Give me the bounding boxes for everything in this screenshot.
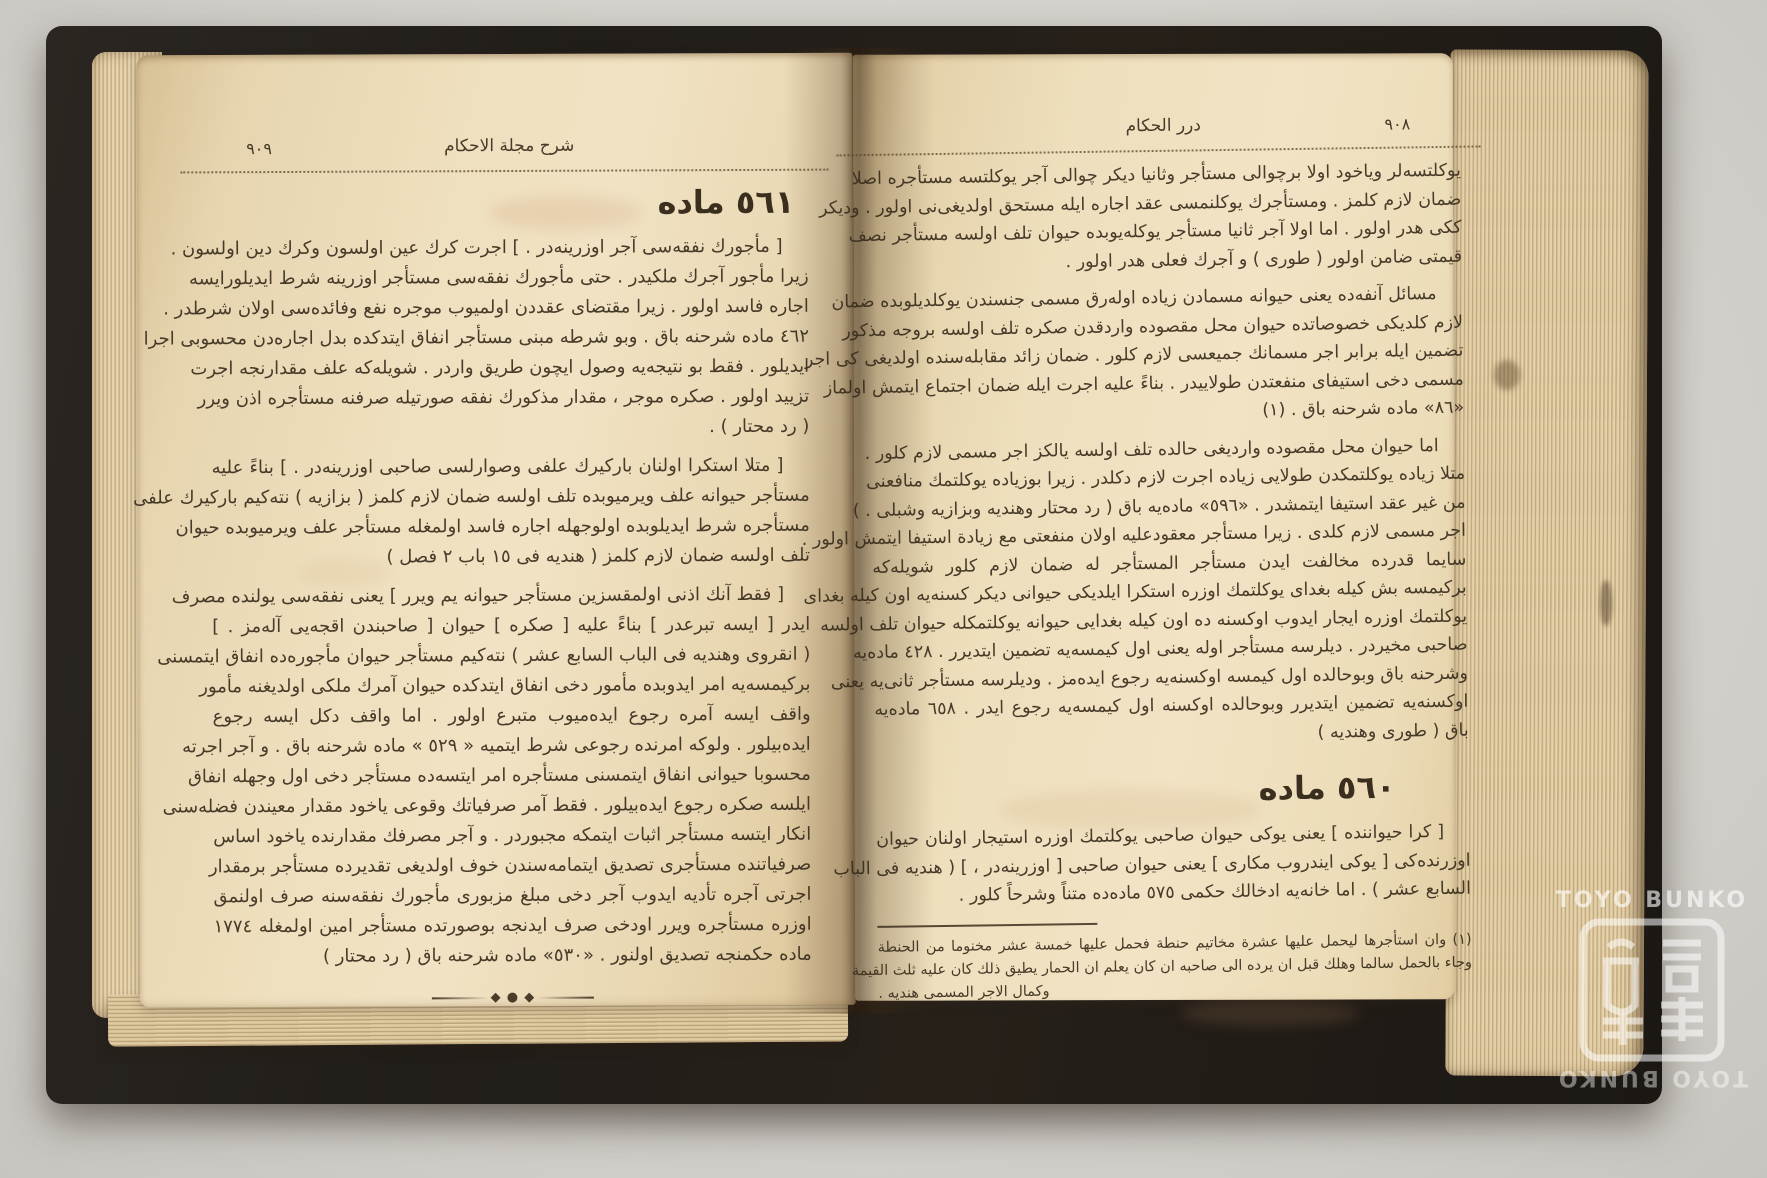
body-paragraph: مسائل آنفه‌ده يعنى حيوانه مسمادن زياده ا…: [868, 280, 1464, 431]
text-line: [ مأجورك نفقه‌سى آجر اوزرينه‌در . ] اجرت…: [211, 232, 809, 265]
text-line: ايده‌بيلور . ولوكه امرنده رجوعى شرط ايتم…: [213, 730, 811, 763]
left-header-title: شرح مجلة الاحكام: [210, 135, 808, 158]
text-line: واقف ايسه آمره رجوع ايده‌ميوب متبرع اولو…: [213, 700, 811, 733]
text-line: [ فقط آنك اذنى اولمقسزين مستأجر حيوانه ي…: [212, 580, 810, 613]
left-running-head: ٩٠٩ شرح مجلة الاحكام: [210, 127, 808, 166]
text-line: [ متلا استكرا اولنان باركيرك علفى وصوارل…: [212, 451, 810, 484]
text-line: انكار ايتسه مستأجر اثبات ايتمكه مجبوردر …: [213, 820, 811, 853]
body-paragraph: [ مأجورك نفقه‌سى آجر اوزرينه‌در . ] اجرت…: [211, 232, 810, 445]
article-heading-560: ٥٦٠ ماده: [875, 745, 1470, 818]
text-line: ايديلور . فقط بو نتيجه‌يه وصول ايچون طري…: [211, 352, 809, 385]
text-line: ٤٦٢ ماده شرحنه باق . وبو شرطه مبنى مستأج…: [211, 322, 809, 355]
text-line: مستأجره شرط ايديلوبده اولوجهله اجاره فاس…: [212, 511, 810, 544]
left-page-text-column: ٩٠٩ شرح مجلة الاحكام ٥٦١ ماده [ مأجورك ن…: [210, 127, 812, 1006]
text-line: ( انقروى وهنديه فى الباب السابع عشر ) نت…: [212, 640, 810, 673]
text-line: ايلسه صكره رجوع ايده‌بيلور . فقط آمر صرف…: [213, 790, 811, 823]
divider-ornament-marks: ◆ ● ◆: [491, 991, 536, 1004]
text-line: ماده حكمنجه تصديق اولنور . «٥٣٠» ماده شر…: [214, 940, 812, 973]
body-paragraph: اما حيوان محل مقصوده وارديغى حالده تلف ا…: [871, 431, 1469, 753]
text-line: بركيمسه‌يه امر ايدوبده مأمور دخى انفاق ا…: [212, 670, 810, 703]
text-line: اجاره فاسد اولور . زيرا مقتضاى عقددن اول…: [211, 292, 809, 325]
text-line: تلف اولسه ضمان لازم كلمز ( هنديه فى ١٥ ب…: [212, 541, 810, 574]
body-paragraph: يوكلتسه‌لر وياخود اولا برچوالى مستأجر وث…: [867, 157, 1463, 279]
fore-edge-page-block: [1445, 49, 1648, 1076]
text-line: اوزره مستأجره ويرر اودخى صرف ايدنجه بوصو…: [214, 910, 812, 943]
right-header-title: درر الحكام: [866, 112, 1460, 140]
text-line: محسوبا حيوانى انفاق ايتمسنى مستأجره امر …: [213, 760, 811, 793]
photo-scene: ٩٠٩ شرح مجلة الاحكام ٥٦١ ماده [ مأجورك ن…: [0, 0, 1767, 1178]
right-page-text-column: درر الحكام ٩٠٨ يوكلتسه‌لر وياخود اولا بر…: [866, 104, 1472, 1006]
text-line: ايدر [ ايسه تبرعدر ] بناءً عليه [ صكره ]…: [212, 610, 810, 643]
divider-line-right: [432, 997, 488, 999]
body-paragraph: [ متلا استكرا اولنان باركيرك علفى وصوارل…: [212, 451, 811, 574]
text-line: اجرتى آجره تأديه ايدوب آجر دخى مبلغ مزبو…: [213, 880, 811, 913]
body-paragraph: [ فقط آنك اذنى اولمقسزين مستأجر حيوانه ي…: [212, 580, 812, 973]
right-page-number: ٩٠٨: [1384, 114, 1410, 133]
article-heading-561: ٥٦١ ماده: [210, 171, 808, 226]
text-line: مستأجر حيوانه علف ويرميوبده تلف اولسه ضم…: [212, 481, 810, 514]
section-divider-ornament: ◆ ● ◆: [214, 990, 812, 1006]
text-line: ( رد محتار ) .: [211, 412, 809, 445]
text-line: زيرا مأجور آجرك ملكيدر . حتى مأجورك نفقه…: [211, 262, 809, 295]
footnote: (١) وان استأجرها ليحمل عليها عشرة مخاتيم…: [878, 929, 1473, 1006]
text-line: تزييد اولور . صكره موجر ، مقدار مذكورك ن…: [211, 382, 809, 415]
divider-line-left: [538, 997, 594, 999]
text-line: صرفياتنده مستأجرى تصديق ايتمامه‌سندن خوف…: [213, 850, 811, 883]
body-paragraph: [ كرا حيواننده ] يعنى يوكى حيوان صاحبى ي…: [876, 818, 1471, 912]
footnote-separator-rule: [877, 923, 1097, 928]
right-running-head: درر الحكام ٩٠٨: [866, 104, 1460, 148]
